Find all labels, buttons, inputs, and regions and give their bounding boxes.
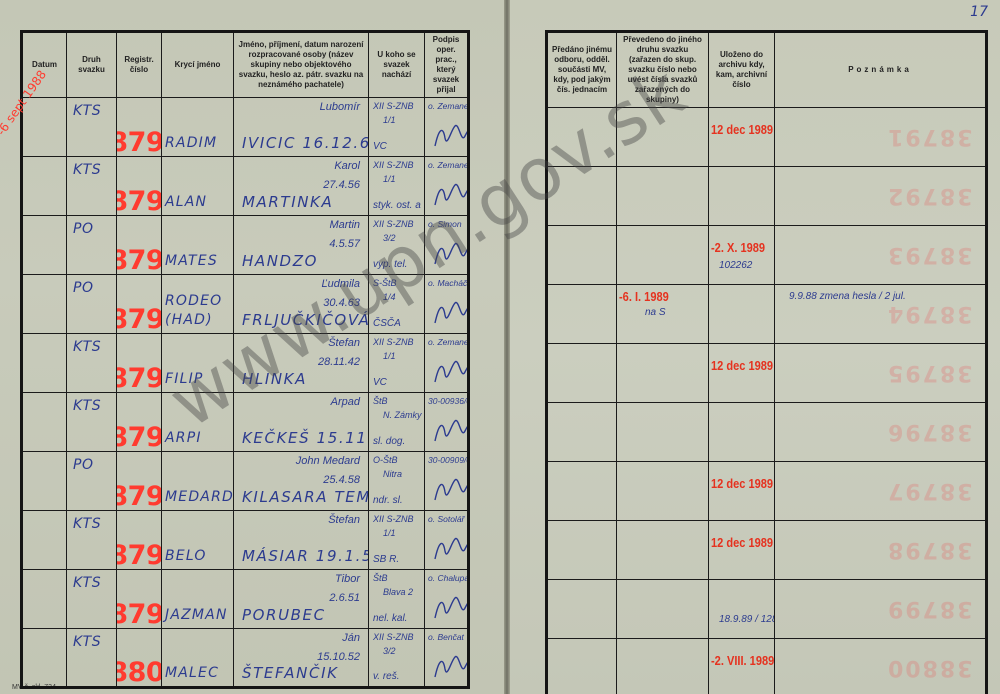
location-sub: Blava 2 (383, 587, 413, 597)
location-sub: 1/1 (383, 115, 396, 125)
location-unit: O-ŠtB (373, 455, 398, 465)
code-name: MALEC (165, 665, 219, 681)
cell-datum (22, 511, 67, 570)
cell-predano (547, 344, 617, 403)
cell-registr: 38798 (117, 511, 162, 570)
location-unit: XII S-ZNB (373, 632, 414, 642)
surname: IVICIC 16.12.62 (242, 134, 369, 152)
cell-u-koho: XII S-ZNB 1/1 VC (369, 334, 425, 393)
date-of-birth: 28.11.42 (318, 356, 360, 368)
location-note: VC (373, 141, 387, 152)
archive-stamp: -2. X. 1989 (711, 240, 765, 255)
location-unit: S-ŠtB (373, 278, 397, 288)
header-ulozeno: Uloženo do archivu kdy, kam, archivní čí… (709, 32, 775, 108)
cell-predano (547, 462, 617, 521)
table-row: PO 38797 MEDARD John Medard 25.4.58 KILA… (22, 452, 469, 511)
table-row: PO S 38794 RODEO (HAD) Ľudmila 30.4.63 F… (22, 275, 469, 334)
cell-podpis: 30-00909/09-88 o. Schiller (425, 452, 469, 511)
cell-druh: KTS (67, 157, 117, 216)
location-sub: 3/2 (383, 646, 396, 656)
location-note: ČSČA (373, 318, 401, 329)
cell-poznamka: 38792 (775, 167, 987, 226)
cell-ulozeno (709, 167, 775, 226)
surname: FRLJUČKIČOVÁ (242, 311, 369, 329)
cell-datum (22, 629, 67, 688)
table-row: PO 38793 MATES Martin 4.5.57 HANDZO XII … (22, 216, 469, 275)
cell-datum (22, 393, 67, 452)
first-name: Štefan (328, 514, 360, 526)
cell-registr: 38791 (117, 98, 162, 157)
table-row: -6. I. 1989 na S 9.9.88 zmena hesla / 2 … (547, 285, 987, 344)
offset-print: 38792 (886, 183, 973, 208)
location-sub: 1/4 (383, 292, 396, 302)
header-podpis: Podpis oper. prac., který svazek přijal (425, 32, 469, 98)
table-row: KTS 38799 JAZMAN Tibor 2.6.51 PORUBEC Št… (22, 570, 469, 629)
cell-poznamka: 38793 (775, 226, 987, 285)
table-row: KTS 38798 BELO Štefan MÁSIAR 19.1.56 XII… (22, 511, 469, 570)
location-note: SB R. (373, 554, 399, 565)
offset-print: 38796 (886, 419, 973, 444)
surname: MÁSIAR 19.1.56 (242, 547, 369, 565)
code-name: FILIP (165, 371, 204, 387)
date-of-birth: 30.4.63 (323, 297, 360, 309)
location-note: nel. kal. (373, 613, 407, 624)
table-row: 38792 (547, 167, 987, 226)
location-note: styk. ost. a VC (373, 200, 425, 211)
cell-datum (22, 334, 67, 393)
cell-datum (22, 570, 67, 629)
table-row: -2. X. 1989 102262 38793 (547, 226, 987, 285)
cell-registr: 38800 (117, 629, 162, 688)
signature-icon (431, 649, 469, 683)
cell-ulozeno: 12 dec 1989 (709, 108, 775, 167)
cell-u-koho: ŠtB N. Zámky sl. dog. (369, 393, 425, 452)
registration-number: 38800 (117, 657, 162, 688)
cell-kryci: FILIP (162, 334, 234, 393)
signature-icon (431, 236, 469, 270)
table-row: 12 dec 1989 38798 (547, 521, 987, 580)
cell-jmeno: Karol 27.4.56 MARTINKA (234, 157, 369, 216)
cell-ulozeno: -2. X. 1989 102262 (709, 226, 775, 285)
registration-number: 38794 (117, 304, 162, 334)
table-row: KTS 38792 ALAN Karol 27.4.56 MARTINKA XI… (22, 157, 469, 216)
code-name: BELO (165, 548, 207, 564)
location-sub: N. Zámky (383, 410, 422, 420)
registration-number: 38798 (117, 540, 162, 570)
code-name: MATES (165, 253, 218, 269)
offset-print: 38793 (886, 242, 973, 267)
volume-type: KTS (73, 103, 101, 119)
signature-icon (431, 413, 469, 447)
register-table-right: Předáno jinému odboru, odděl. součásti M… (545, 30, 988, 694)
code-name: ARPI (165, 430, 202, 446)
cell-podpis: o. Sotolář (425, 511, 469, 570)
cell-prevedeno (617, 108, 709, 167)
transfer-stamp: -6. I. 1989 (619, 289, 669, 304)
first-name: Tibor (335, 573, 360, 585)
header-druh: Druh svazku (67, 32, 117, 98)
location-sub: Nitra (383, 469, 402, 479)
cell-u-koho: ŠtB Blava 2 nel. kal. (369, 570, 425, 629)
cell-predano (547, 167, 617, 226)
code-name: ALAN (165, 194, 207, 210)
cell-predano (547, 403, 617, 462)
page-number: 17 (970, 4, 988, 20)
cell-druh: KTS (67, 393, 117, 452)
location-unit: XII S-ZNB (373, 160, 414, 170)
code-name: MEDARD (165, 489, 234, 505)
archive-note: 102262 (719, 260, 752, 271)
cell-ulozeno (709, 403, 775, 462)
surname: HLINKA (242, 370, 307, 388)
cell-registr: 38799 (117, 570, 162, 629)
cell-podpis: o. Benčat (425, 629, 469, 688)
cell-jmeno: Lubomír IVICIC 16.12.62 (234, 98, 369, 157)
cell-u-koho: S-ŠtB 1/4 ČSČA (369, 275, 425, 334)
cell-druh: PO S (67, 275, 117, 334)
header-row-right: Předáno jinému odboru, odděl. součásti M… (547, 32, 987, 108)
cell-prevedeno (617, 226, 709, 285)
cell-ulozeno: 12 dec 1989 (709, 344, 775, 403)
location-unit: ŠtB (373, 396, 388, 406)
cell-poznamka: 38791 (775, 108, 987, 167)
location-note: sl. dog. (373, 436, 405, 447)
archive-note: 18.9.89 / 128774 (719, 614, 775, 625)
table-row: 12 dec 1989 38791 (547, 108, 987, 167)
volume-type: PO (73, 457, 93, 473)
officer-name: o. Zemanek (428, 337, 469, 347)
cell-druh: KTS (67, 570, 117, 629)
signature-icon (431, 177, 469, 211)
cell-prevedeno (617, 639, 709, 694)
code-name: JAZMAN (165, 607, 228, 623)
cell-podpis: o. Zemanek (425, 98, 469, 157)
book-spine (504, 0, 510, 694)
location-unit: XII S-ZNB (373, 101, 414, 111)
cell-datum (22, 452, 67, 511)
cell-poznamka: 38796 (775, 403, 987, 462)
location-note: vyp. tel. (373, 259, 407, 270)
signature-icon (431, 590, 469, 624)
cell-prevedeno (617, 167, 709, 226)
registration-number: 38792 (117, 186, 162, 216)
cell-prevedeno (617, 344, 709, 403)
cell-kryci: BELO (162, 511, 234, 570)
cell-u-koho: O-ŠtB Nitra ndr. sl. (369, 452, 425, 511)
header-jmeno: Jméno, příjmení, datum narození rozpraco… (234, 32, 369, 98)
cell-kryci: RADIM (162, 98, 234, 157)
cell-prevedeno (617, 462, 709, 521)
registration-number: 38799 (117, 599, 162, 629)
officer-name: o. Simon (428, 219, 462, 229)
cell-jmeno: Štefan MÁSIAR 19.1.56 (234, 511, 369, 570)
location-note: VC (373, 377, 387, 388)
cell-kryci: MEDARD (162, 452, 234, 511)
volume-type: KTS (73, 634, 101, 650)
location-sub: 1/1 (383, 528, 396, 538)
first-name: Lubomír (320, 101, 360, 113)
offset-print: 38798 (886, 537, 973, 562)
cell-predano (547, 108, 617, 167)
cell-ulozeno: -2. VIII. 1989 (709, 639, 775, 694)
registration-number: 38793 (117, 245, 162, 275)
location-unit: XII S-ZNB (373, 219, 414, 229)
officer-name: o. Zemanek (428, 101, 469, 111)
cell-jmeno: Arpad KEČKEŠ 15.11.53 (234, 393, 369, 452)
volume-type: KTS (73, 162, 101, 178)
offset-print: 38797 (886, 478, 973, 503)
cell-jmeno: Martin 4.5.57 HANDZO (234, 216, 369, 275)
volume-type: PO (73, 221, 93, 237)
cell-registr: 38794 (117, 275, 162, 334)
cell-podpis: 30-00936/09-88 o. Hrabovský (425, 393, 469, 452)
cell-predano (547, 285, 617, 344)
table-row: 12 dec 1989 38795 (547, 344, 987, 403)
table-row: KTS 38796 ARPI Arpad KEČKEŠ 15.11.53 ŠtB… (22, 393, 469, 452)
cell-u-koho: XII S-ZNB 1/1 SB R. (369, 511, 425, 570)
header-u-koho: U koho se svazek nachází (369, 32, 425, 98)
officer-name: o. Benčat (428, 632, 464, 642)
registration-number: 38795 (117, 363, 162, 393)
signature-icon (431, 354, 469, 388)
header-kryci: Krycí jméno (162, 32, 234, 98)
officer-name: 30-00936/09-88 o. Hrabovský (428, 396, 469, 406)
table-row: 38796 (547, 403, 987, 462)
signature-icon (431, 295, 469, 329)
cell-registr: 38793 (117, 216, 162, 275)
header-registr: Registr. číslo (117, 32, 162, 98)
cell-datum (22, 157, 67, 216)
date-of-birth: 25.4.58 (323, 474, 360, 486)
table-row: -2. VIII. 1989 38800 (547, 639, 987, 694)
offset-print: 38799 (886, 596, 973, 621)
cell-kryci: JAZMAN (162, 570, 234, 629)
cell-datum (22, 216, 67, 275)
cell-datum (22, 98, 67, 157)
cell-ulozeno: 12 dec 1989 (709, 521, 775, 580)
cell-druh: KTS (67, 511, 117, 570)
offset-print: 38794 (886, 301, 973, 326)
cell-kryci: RODEO (HAD) (162, 275, 234, 334)
volume-type: KTS (73, 398, 101, 414)
volume-type: KTS (73, 516, 101, 532)
cell-kryci: MALEC (162, 629, 234, 688)
register-table-left: Datum Druh svazku Registr. číslo Krycí j… (20, 30, 470, 689)
archive-stamp: 12 dec 1989 (711, 358, 773, 373)
cell-registr: 38796 (117, 393, 162, 452)
cell-u-koho: XII S-ZNB 3/2 vyp. tel. (369, 216, 425, 275)
location-note: ndr. sl. (373, 495, 403, 506)
table-row: KTS 38800 MALEC Ján 15.10.52 ŠTEFANČIK X… (22, 629, 469, 688)
surname: MARTINKA (242, 193, 333, 211)
registration-number: 38796 (117, 422, 162, 452)
cell-poznamka: 9.9.88 zmena hesla / 2 jul. 38794 (775, 285, 987, 344)
code-name-alt: RODEO (165, 293, 222, 309)
surname: PORUBEC (242, 606, 326, 624)
cell-druh: KTS (67, 629, 117, 688)
date-of-birth: 27.4.56 (323, 179, 360, 191)
offset-print: 38800 (886, 655, 973, 680)
cell-ulozeno (709, 285, 775, 344)
cell-datum (22, 275, 67, 334)
cell-druh: KTS (67, 98, 117, 157)
cell-prevedeno (617, 403, 709, 462)
cell-poznamka: 38800 (775, 639, 987, 694)
header-poznamka: Poznámka (775, 32, 987, 108)
cell-druh: PO (67, 216, 117, 275)
officer-name: o. Zemanek (428, 160, 469, 170)
header-prevedeno: Převedeno do jiného druhu svazku (zařaze… (617, 32, 709, 108)
archive-stamp: 12 dec 1989 (711, 122, 773, 137)
cell-jmeno: John Medard 25.4.58 KILASARA TEMU (234, 452, 369, 511)
cell-kryci: ARPI (162, 393, 234, 452)
cell-predano (547, 580, 617, 639)
remark: 9.9.88 zmena hesla / 2 jul. (789, 291, 906, 302)
cell-jmeno: Ján 15.10.52 ŠTEFANČIK (234, 629, 369, 688)
cell-podpis: o. Simon (425, 216, 469, 275)
location-sub: 3/2 (383, 233, 396, 243)
volume-type: KTS (73, 575, 101, 591)
cell-u-koho: XII S-ZNB 1/1 styk. ost. a VC (369, 157, 425, 216)
first-name: Ľudmila (321, 278, 360, 290)
cell-druh: KTS (67, 334, 117, 393)
cell-predano (547, 521, 617, 580)
cell-poznamka: 38795 (775, 344, 987, 403)
cell-predano (547, 639, 617, 694)
cell-poznamka: 38798 (775, 521, 987, 580)
offset-print: 38791 (886, 124, 973, 149)
table-row: KTS 38791 RADIM Lubomír IVICIC 16.12.62 … (22, 98, 469, 157)
header-predano: Předáno jinému odboru, odděl. součásti M… (547, 32, 617, 108)
first-name: Štefan (328, 337, 360, 349)
cell-predano (547, 226, 617, 285)
cell-registr: 38792 (117, 157, 162, 216)
cell-prevedeno (617, 580, 709, 639)
cell-ulozeno: 12 dec 1989 (709, 462, 775, 521)
cell-ulozeno: 18.9.89 / 128774 (709, 580, 775, 639)
cell-podpis: o. Zemanek (425, 334, 469, 393)
volume-type: KTS (73, 339, 101, 355)
date-of-birth: 4.5.57 (329, 238, 360, 250)
cell-registr: 38795 (117, 334, 162, 393)
surname: KILASARA TEMU (242, 488, 369, 506)
signature-icon (431, 531, 469, 565)
first-name: Karol (334, 160, 360, 172)
location-unit: XII S-ZNB (373, 514, 414, 524)
signature-icon (431, 472, 469, 506)
location-unit: ŠtB (373, 573, 388, 583)
registration-number: 38797 (117, 481, 162, 511)
surname: HANDZO (242, 252, 318, 270)
officer-name: o. Macháček (428, 278, 469, 288)
offset-print: 38795 (886, 360, 973, 385)
table-row: KTS 38795 FILIP Štefan 28.11.42 HLINKA X… (22, 334, 469, 393)
officer-name: o. Chalupa (428, 573, 469, 583)
first-name: Ján (342, 632, 360, 644)
location-note: v. reš. (373, 671, 399, 682)
cell-podpis: o. Chalupa (425, 570, 469, 629)
cell-podpis: o. Macháček (425, 275, 469, 334)
cell-druh: PO (67, 452, 117, 511)
table-row: 12 dec 1989 38797 (547, 462, 987, 521)
archive-stamp: -2. VIII. 1989 (711, 653, 774, 668)
surname: ŠTEFANČIK (242, 664, 339, 682)
volume-type: PO (73, 280, 93, 296)
cell-jmeno: Štefan 28.11.42 HLINKA (234, 334, 369, 393)
cell-kryci: ALAN (162, 157, 234, 216)
registration-number: 38791 (117, 127, 162, 157)
archive-stamp: 12 dec 1989 (711, 476, 773, 491)
cell-kryci: MATES (162, 216, 234, 275)
officer-name: 30-00909/09-88 o. Schiller (428, 455, 469, 465)
cell-podpis: o. Zemanek (425, 157, 469, 216)
cell-registr: 38797 (117, 452, 162, 511)
location-sub: 1/1 (383, 351, 396, 361)
location-sub: 1/1 (383, 174, 396, 184)
first-name: Arpad (331, 396, 360, 408)
transfer-note: na S (645, 307, 666, 318)
date-of-birth: 15.10.52 (317, 651, 360, 663)
code-name: RADIM (165, 135, 217, 151)
archive-stamp: 12 dec 1989 (711, 535, 773, 550)
surname: KEČKEŠ 15.11.53 (242, 429, 369, 447)
header-row: Datum Druh svazku Registr. číslo Krycí j… (22, 32, 469, 98)
cell-prevedeno (617, 521, 709, 580)
officer-name: o. Sotolář (428, 514, 464, 524)
first-name: Martin (329, 219, 360, 231)
cell-prevedeno: -6. I. 1989 na S (617, 285, 709, 344)
cell-u-koho: XII S-ZNB 3/2 v. reš. (369, 629, 425, 688)
cell-u-koho: XII S-ZNB 1/1 VC (369, 98, 425, 157)
cell-poznamka: 38799 (775, 580, 987, 639)
first-name: John Medard (296, 455, 360, 467)
signature-icon (431, 118, 469, 152)
cell-poznamka: 38797 (775, 462, 987, 521)
location-unit: XII S-ZNB (373, 337, 414, 347)
cell-jmeno: Ľudmila 30.4.63 FRLJUČKIČOVÁ (234, 275, 369, 334)
cell-jmeno: Tibor 2.6.51 PORUBEC (234, 570, 369, 629)
table-row: 18.9.89 / 128774 38799 (547, 580, 987, 639)
date-of-birth: 2.6.51 (329, 592, 360, 604)
code-name: (HAD) (165, 312, 213, 328)
